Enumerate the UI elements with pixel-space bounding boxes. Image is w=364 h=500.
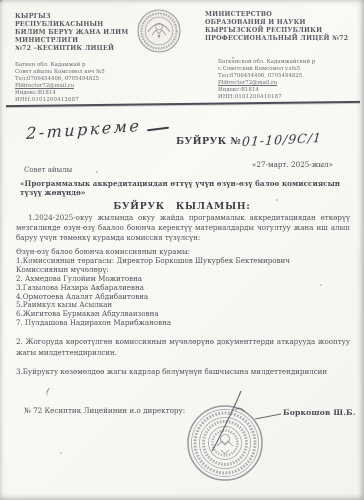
inn-line: ИНН:0101200410187: [218, 94, 358, 101]
order-body: 1.2024-2025-окуу жылында окуу жайда прог…: [16, 213, 350, 377]
clause-2: 2. Жогоруда көрсөтүлгөн комиссиянын мүчө…: [16, 336, 350, 358]
email-line: Pldirector72@mail.ru: [218, 80, 358, 87]
clause-1: 1.2024-2025-окуу жылында окуу жайда прог…: [16, 213, 350, 242]
header-russian-line: ОБРАЗОВАНИЯ И НАУКИ: [205, 19, 360, 27]
header-kyrgyz-line: БИЛИМ БЕРҮҮ ЖАНА ИЛИМ: [15, 29, 140, 37]
index-line: Индекс:В1814: [218, 87, 358, 94]
header-kyrgyz-line: №72 –КЕСИПТИК ЛИЦЕЙ: [15, 45, 140, 53]
header-russian-line: МИНИСТЕРСТВО: [205, 11, 360, 19]
scan-speckles: [0, 0, 2, 2]
order-label: БУЙРУК №: [176, 136, 241, 147]
address-line: Баткенской обл. Кадамжайский р: [218, 59, 358, 66]
state-emblem-icon: [136, 8, 182, 54]
header-kyrgyz: КЫРГЫЗ РЕСПУБЛИКАСЫНЫН БИЛИМ БЕРҮҮ ЖАНА …: [15, 13, 140, 53]
header-kyrgyz-line: МИНИСТРЛИГИ: [15, 37, 140, 45]
order-date: «27-март. 2025-жыл»: [252, 160, 333, 169]
handwritten-attachment-note: 2-тиркеме: [26, 116, 142, 143]
address-line: Баткен обл. Кадамжай р: [15, 62, 135, 69]
place-label: Совет айылы: [24, 166, 72, 174]
header-kyrgyz-line: КЫРГЫЗ РЕСПУБЛИКАСЫНЫН: [15, 13, 140, 29]
contact-block-russian: Баткенской обл. Кадамжайский р с.Советск…: [218, 59, 358, 101]
decree-heading: БУЙРУК КЫЛАМЫН:: [0, 201, 364, 212]
contact-block-kyrgyz: Баткен обл. Кадамжай р Совет айылы Комсо…: [15, 62, 135, 104]
scanned-order-document: КЫРГЫЗ РЕСПУБЛИКАСЫНЫН БИЛИМ БЕРҮҮ ЖАНА …: [0, 0, 364, 500]
address-line: Совет айылы Комсомол көч №5: [15, 69, 135, 76]
index-line: Индекс:В1814: [15, 90, 135, 97]
address-line: с.Советский Комсомол ул№5: [218, 66, 358, 73]
phone-line: Тел:0706454406, 0705494825: [15, 76, 135, 83]
pen-mark: [44, 388, 57, 398]
signature-pointer-line: [255, 414, 281, 419]
order-subject: «Программалык аккредитациядан өттүү үчүн…: [20, 179, 356, 197]
phone-line: Тел:0706454406, 0705494825: [218, 73, 358, 80]
header-russian-line: КЫРГЫЗСКОЙ РЕСПУБЛИКИ: [205, 27, 360, 35]
commission-intro: Өзүн-өзү балоо боюнча комиссиянын курамы…: [16, 247, 350, 256]
signature-position-label: № 72 Кесиптик Лицейинин и.о директору:: [24, 406, 185, 415]
clause-3: 3.Буйрукту көзөмөлдөө жагы кадрлар бөлүм…: [16, 367, 350, 377]
header-russian: МИНИСТЕРСТВО ОБРАЗОВАНИЯ И НАУКИ КЫРГЫЗС…: [205, 11, 360, 43]
order-number-handwritten: 01-10/9С/1: [242, 130, 323, 149]
commission-member: 7. Пулдашова Надирахон Марибжановна: [16, 319, 350, 328]
email-line: Pldirector72@mail.ru: [15, 83, 135, 90]
signer-name: Боркошов Ш.Б.: [283, 408, 356, 417]
official-round-stamp: [175, 388, 364, 498]
header-russian-line: ПРОФЕССИОНАЛЬНЫЙ ЛИЦЕЙ №72: [205, 35, 360, 43]
order-title: БУЙРУК №01-10/9С/1: [176, 129, 322, 148]
handwritten-dash-stroke: [147, 127, 169, 132]
